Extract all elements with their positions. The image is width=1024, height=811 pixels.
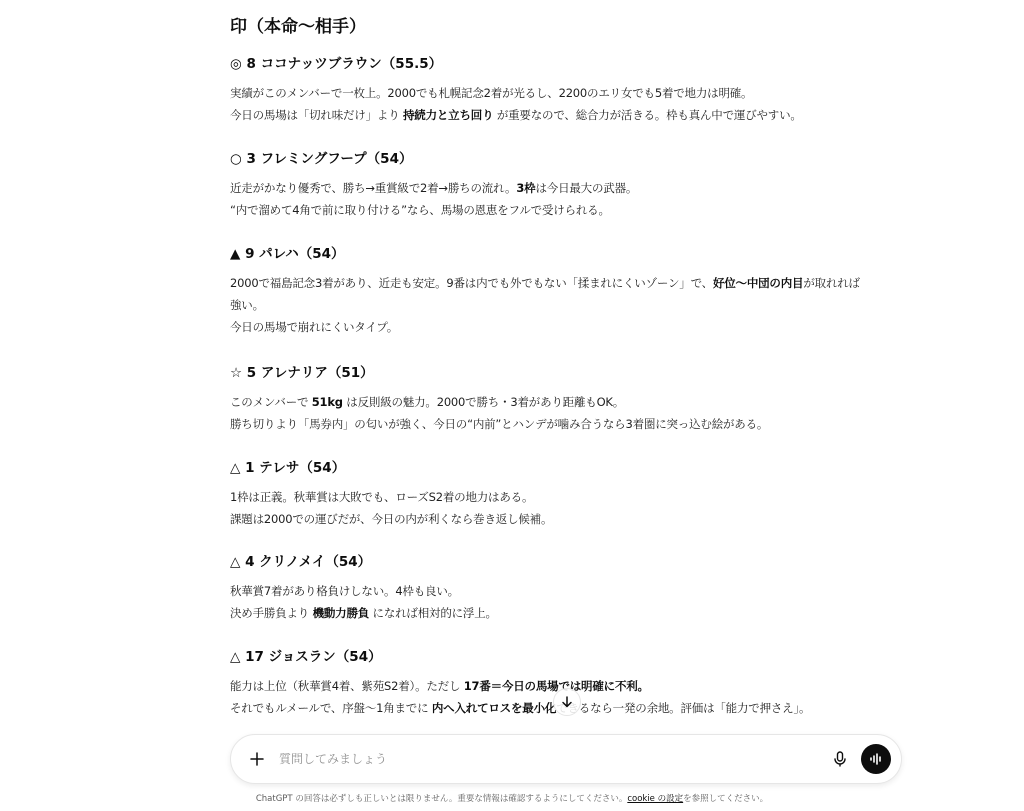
pick-heading-3: ▲ 9 パレハ（54） <box>230 242 345 262</box>
disclaimer: ChatGPT の回答は必ずしも正しいとは限りません。重要な情報は確認するように… <box>0 792 1024 804</box>
scroll-to-bottom-button[interactable] <box>553 688 581 716</box>
paragraph-line: 近走がかなり優秀で、勝ち→重賞級で2着→勝ちの流れ。3枠は今日最大の武器。 <box>230 177 910 199</box>
body-text: 今日の馬場は「切れ味だけ」より <box>230 108 403 122</box>
plus-icon <box>250 752 264 766</box>
paragraph-line: 今日の馬場は「切れ味だけ」より 持続力と立ち回り が重要なので、総合力が活きる。… <box>230 104 910 126</box>
body-text: 2000で福島記念3着があり、近走も安定。9番は内でも外でもない「揉まれにくいゾ… <box>230 276 713 290</box>
pick-body-3: 2000で福島記念3着があり、近走も安定。9番は内でも外でもない「揉まれにくいゾ… <box>230 272 910 338</box>
paragraph-line: 強い。 <box>230 294 910 316</box>
pick-body-2: 近走がかなり優秀で、勝ち→重賞級で2着→勝ちの流れ。3枠は今日最大の武器。“内で… <box>230 177 910 221</box>
waveform-icon <box>869 753 883 765</box>
pick-body-6: 秋華賞7着があり格負けしない。4枠も良い。決め手勝負より 機動力勝負 になれば相… <box>230 580 910 624</box>
body-text: 課題は2000での運びだが、今日の内が利くなら巻き返し候補。 <box>230 512 552 526</box>
emphasis-text: 持続力と立ち回り <box>403 108 493 122</box>
pick-heading-5: △ 1 テレサ（54） <box>230 456 345 476</box>
paragraph-line: 1枠は正義。秋華賞は大敗でも、ローズS2着の地力はある。 <box>230 486 910 508</box>
section-title: 印（本命〜相手） <box>230 12 366 37</box>
pick-body-5: 1枠は正義。秋華賞は大敗でも、ローズS2着の地力はある。課題は2000での運びだ… <box>230 486 910 530</box>
paragraph-line: 今日の馬場で崩れにくいタイプ。 <box>230 316 910 338</box>
attach-button[interactable] <box>247 749 267 769</box>
dictate-button[interactable] <box>827 746 853 772</box>
microphone-icon <box>833 751 847 767</box>
composer <box>230 734 902 784</box>
paragraph-line: 実績がこのメンバーで一枚上。2000でも札幌記念2着が光るし、2200のエリ女で… <box>230 82 910 104</box>
paragraph-line: 決め手勝負より 機動力勝負 になれば相対的に浮上。 <box>230 602 910 624</box>
voice-mode-button[interactable] <box>861 744 891 774</box>
pick-heading-4: ☆ 5 アレナリア（51） <box>230 361 374 381</box>
emphasis-text: 3枠 <box>516 181 535 195</box>
disclaimer-text-end: を参照してください。 <box>683 794 768 804</box>
pick-body-1: 実績がこのメンバーで一枚上。2000でも札幌記念2着が光るし、2200のエリ女で… <box>230 82 910 126</box>
paragraph-line: 勝ち切りより「馬券内」の匂いが強く、今日の“内前”とハンデが噛み合うなら3着圏に… <box>230 413 910 435</box>
pick-heading-7: △ 17 ジョスラン（54） <box>230 645 382 665</box>
paragraph-line: “内で溜めて4角で前に取り付ける”なら、馬場の恩恵をフルで受けられる。 <box>230 199 910 221</box>
pick-heading-6: △ 4 クリノメイ（54） <box>230 550 371 570</box>
body-text: 実績がこのメンバーで一枚上。2000でも札幌記念2着が光るし、2200のエリ女で… <box>230 86 752 100</box>
body-text: が取れれば <box>803 276 860 290</box>
body-text: が重要なので、総合力が活きる。枠も真ん中で運びやすい。 <box>493 108 801 122</box>
body-text: 能力は上位（秋華賞4着、紫苑S2着）。ただし <box>230 679 464 693</box>
body-text: 強い。 <box>230 298 264 312</box>
body-text: は反則級の魅力。2000で勝ち・3着があり距離もOK。 <box>343 395 624 409</box>
prompt-input[interactable] <box>279 752 827 766</box>
body-text: は今日最大の武器。 <box>535 181 637 195</box>
disclaimer-text: ChatGPT の回答は必ずしも正しいとは限りません。重要な情報は確認するように… <box>256 794 627 804</box>
body-text: 今日の馬場で崩れにくいタイプ。 <box>230 320 398 334</box>
body-text: になれば相対的に浮上。 <box>369 606 497 620</box>
body-text: 1枠は正義。秋華賞は大敗でも、ローズS2着の地力はある。 <box>230 490 533 504</box>
body-text: 決め手勝負より <box>230 606 313 620</box>
pick-body-4: このメンバーで 51kg は反則級の魅力。2000で勝ち・3着があり距離もOK。… <box>230 391 910 435</box>
emphasis-text: 51kg <box>312 395 343 409</box>
body-text: “内で溜めて4角で前に取り付ける”なら、馬場の恩恵をフルで受けられる。 <box>230 203 610 217</box>
paragraph-line: 秋華賞7着があり格負けしない。4枠も良い。 <box>230 580 910 602</box>
body-text: 勝ち切りより「馬券内」の匂いが強く、今日の“内前”とハンデが噛み合うなら3着圏に… <box>230 417 768 431</box>
paragraph-line: 課題は2000での運びだが、今日の内が利くなら巻き返し候補。 <box>230 508 910 530</box>
body-text: できるなら一発の余地。評価は「能力で押さえ」。 <box>556 701 810 715</box>
paragraph-line: 2000で福島記念3着があり、近走も安定。9番は内でも外でもない「揉まれにくいゾ… <box>230 272 910 294</box>
emphasis-text: 17番＝今日の馬場では明確に不利。 <box>464 679 649 693</box>
body-text: 近走がかなり優秀で、勝ち→重賞級で2着→勝ちの流れ。 <box>230 181 516 195</box>
paragraph-line: このメンバーで 51kg は反則級の魅力。2000で勝ち・3着があり距離もOK。 <box>230 391 910 413</box>
body-text: このメンバーで <box>230 395 312 409</box>
emphasis-text: 内へ入れてロスを最小化 <box>432 701 556 715</box>
emphasis-text: 機動力勝負 <box>313 606 370 620</box>
arrow-down-icon <box>560 695 574 709</box>
body-text: 秋華賞7着があり格負けしない。4枠も良い。 <box>230 584 459 598</box>
pick-heading-1: ◎ 8 ココナッツブラウン（55.5） <box>230 52 442 72</box>
body-text: それでもルメールで、序盤〜1角までに <box>230 701 432 715</box>
cookie-settings-link[interactable]: cookie の設定 <box>627 794 683 804</box>
pick-heading-2: ○ 3 フレミングフープ（54） <box>230 147 412 167</box>
emphasis-text: 好位〜中団の内目 <box>713 276 803 290</box>
